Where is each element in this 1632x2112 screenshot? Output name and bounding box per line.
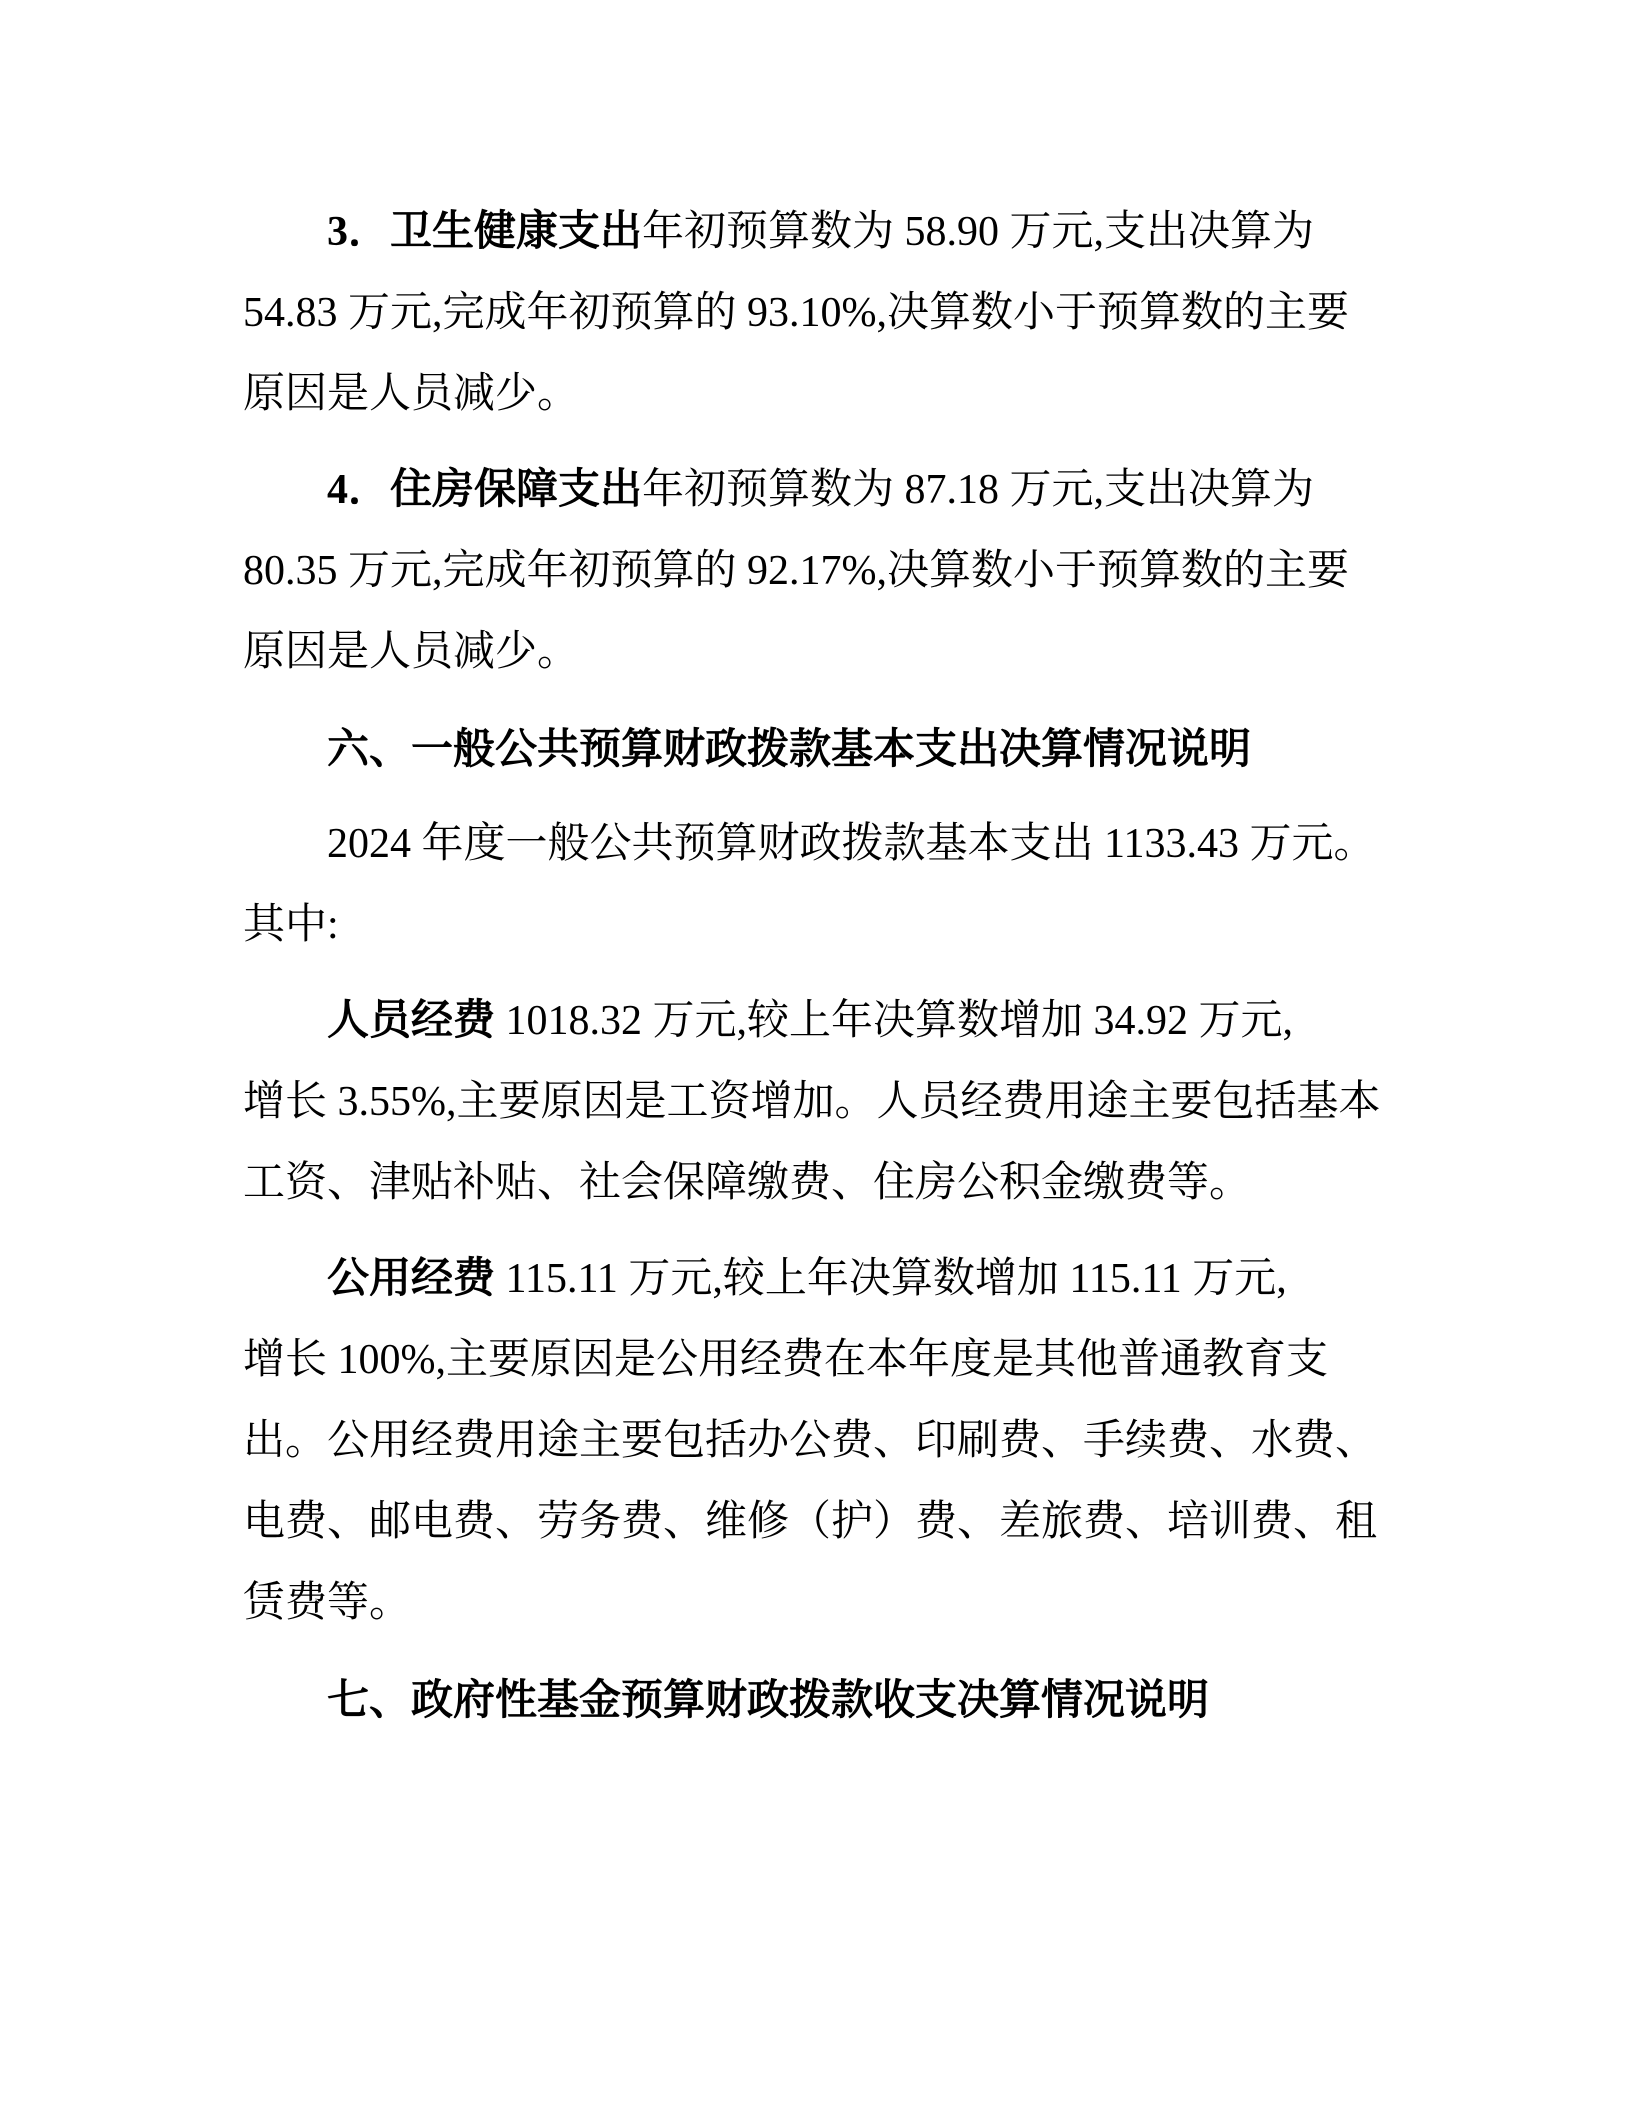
bold-text-run: 公用经费 xyxy=(327,1256,495,1302)
text-line: 七、政府性基金预算财政拨款收支决算情况说明 xyxy=(243,1659,1392,1740)
text-run: 80.35 万元,完成年初预算的 92.17%,决算数小于预算数的主要 xyxy=(243,548,1349,594)
text-line: 80.35 万元,完成年初预算的 92.17%,决算数小于预算数的主要 xyxy=(243,531,1392,612)
text-run: 赁费等。 xyxy=(243,1580,411,1626)
item-3-health-expenditure: 3．卫生健康支出年初预算数为 58.90 万元,支出决算为54.83 万元,完成… xyxy=(243,192,1392,435)
public-funds: 公用经费 115.11 万元,较上年决算数增加 115.11 万元,增长 100… xyxy=(243,1239,1392,1644)
text-line: 增长 100%,主要原因是公用经费在本年度是其他普通教育支 xyxy=(243,1320,1392,1401)
text-line: 2024 年度一般公共预算财政拨款基本支出 1133.43 万元。 xyxy=(243,804,1392,885)
text-line: 六、一般公共预算财政拨款基本支出决算情况说明 xyxy=(243,708,1392,789)
text-run: 115.11 万元,较上年决算数增加 115.11 万元, xyxy=(495,1256,1287,1302)
document-content: 3．卫生健康支出年初预算数为 58.90 万元,支出决算为54.83 万元,完成… xyxy=(243,192,1392,1740)
text-run: 2024 年度一般公共预算财政拨款基本支出 1133.43 万元。 xyxy=(327,821,1375,867)
text-line: 增长 3.55%,主要原因是工资增加。人员经费用途主要包括基本 xyxy=(243,1062,1392,1143)
text-run: 出。公用经费用途主要包括办公费、印刷费、手续费、水费、 xyxy=(243,1418,1377,1464)
text-line: 人员经费 1018.32 万元,较上年决算数增加 34.92 万元, xyxy=(243,981,1392,1062)
text-run: 1018.32 万元,较上年决算数增加 34.92 万元, xyxy=(495,998,1293,1044)
text-run: 原因是人员减少。 xyxy=(243,371,579,417)
bold-text-run: 人员经费 xyxy=(327,998,495,1044)
document-page: 3．卫生健康支出年初预算数为 58.90 万元,支出决算为54.83 万元,完成… xyxy=(0,0,1632,2112)
text-line: 3．卫生健康支出年初预算数为 58.90 万元,支出决算为 xyxy=(243,192,1392,273)
text-run: 增长 100%,主要原因是公用经费在本年度是其他普通教育支 xyxy=(243,1337,1328,1383)
item-4-housing-expenditure: 4．住房保障支出年初预算数为 87.18 万元,支出决算为80.35 万元,完成… xyxy=(243,450,1392,693)
text-line: 原因是人员减少。 xyxy=(243,354,1392,435)
text-line: 出。公用经费用途主要包括办公费、印刷费、手续费、水费、 xyxy=(243,1401,1392,1482)
text-line: 公用经费 115.11 万元,较上年决算数增加 115.11 万元, xyxy=(243,1239,1392,1320)
text-line: 4．住房保障支出年初预算数为 87.18 万元,支出决算为 xyxy=(243,450,1392,531)
text-run: 工资、津贴补贴、社会保障缴费、住房公积金缴费等。 xyxy=(243,1160,1251,1206)
text-line: 其中: xyxy=(243,885,1392,966)
bold-text-run: 七、政府性基金预算财政拨款收支决算情况说明 xyxy=(327,1676,1209,1723)
bold-text-run: 4．住房保障支出 xyxy=(327,467,642,513)
section-7-heading: 七、政府性基金预算财政拨款收支决算情况说明 xyxy=(243,1659,1392,1740)
text-run: 54.83 万元,完成年初预算的 93.10%,决算数小于预算数的主要 xyxy=(243,290,1349,336)
text-run: 电费、邮电费、劳务费、维修（护）费、差旅费、培训费、租 xyxy=(243,1499,1377,1545)
text-line: 电费、邮电费、劳务费、维修（护）费、差旅费、培训费、租 xyxy=(243,1482,1392,1563)
text-run: 原因是人员减少。 xyxy=(243,629,579,675)
personnel-funds: 人员经费 1018.32 万元,较上年决算数增加 34.92 万元,增长 3.5… xyxy=(243,981,1392,1224)
text-run: 其中: xyxy=(243,902,339,948)
text-line: 54.83 万元,完成年初预算的 93.10%,决算数小于预算数的主要 xyxy=(243,273,1392,354)
text-line: 原因是人员减少。 xyxy=(243,612,1392,693)
text-run: 年初预算数为 58.90 万元,支出决算为 xyxy=(642,209,1314,255)
text-run: 增长 3.55%,主要原因是工资增加。人员经费用途主要包括基本 xyxy=(243,1079,1381,1125)
text-line: 工资、津贴补贴、社会保障缴费、住房公积金缴费等。 xyxy=(243,1143,1392,1224)
basic-expenditure-total: 2024 年度一般公共预算财政拨款基本支出 1133.43 万元。其中: xyxy=(243,804,1392,966)
bold-text-run: 3．卫生健康支出 xyxy=(327,209,642,255)
bold-text-run: 六、一般公共预算财政拨款基本支出决算情况说明 xyxy=(327,725,1251,772)
text-run: 年初预算数为 87.18 万元,支出决算为 xyxy=(642,467,1314,513)
section-6-heading: 六、一般公共预算财政拨款基本支出决算情况说明 xyxy=(243,708,1392,789)
text-line: 赁费等。 xyxy=(243,1563,1392,1644)
